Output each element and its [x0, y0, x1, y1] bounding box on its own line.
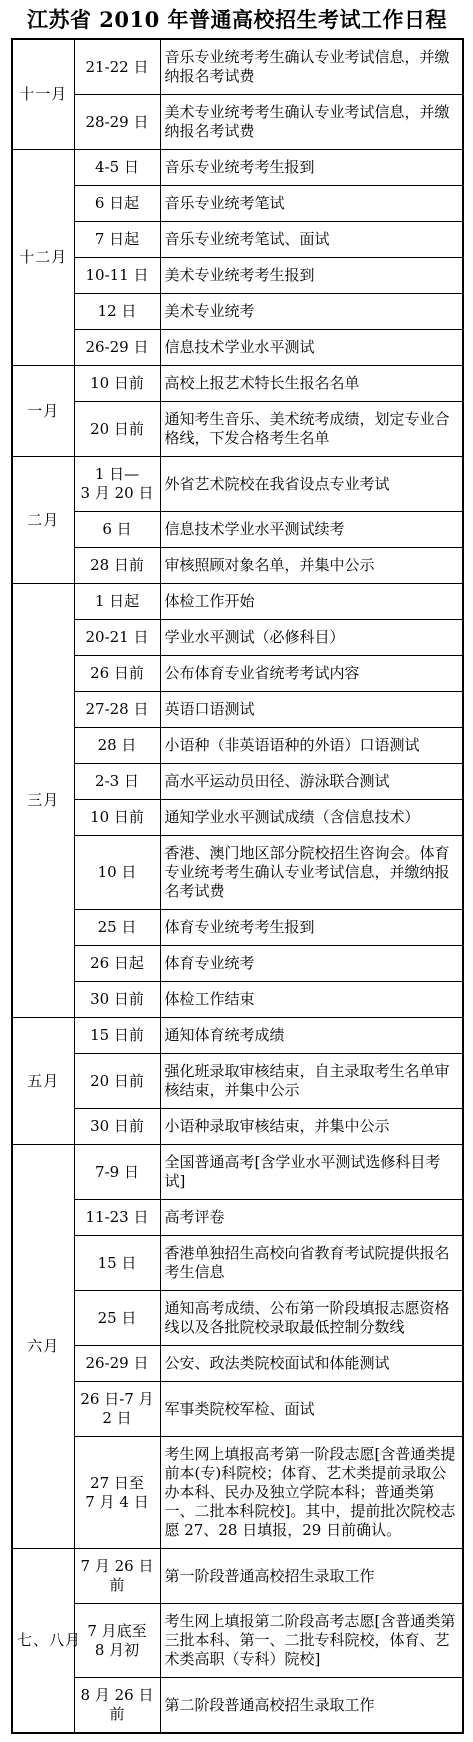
table-row: 七、八月7 月 26 日前第一阶段普通高校招生录取工作 [12, 1549, 463, 1604]
date-cell: 6 日起 [74, 186, 160, 222]
table-row: 六月7-9 日全国普通高考[含学业水平测试选修科目考试] [12, 1145, 463, 1200]
date-cell: 10 日 [74, 836, 160, 910]
date-cell: 15 日 [74, 1236, 160, 1291]
table-row: 26 日-7 月 2 日军事类院校军检、面试 [12, 1382, 463, 1437]
event-cell: 信息技术学业水平测试续考 [160, 512, 463, 548]
date-cell: 26 日起 [74, 946, 160, 982]
date-cell: 12 日 [74, 294, 160, 330]
month-cell: 三月 [12, 584, 74, 1018]
table-row: 27-28 日英语口语测试 [12, 692, 463, 728]
event-cell: 音乐专业统考笔试 [160, 186, 463, 222]
event-cell: 音乐专业统考考生报到 [160, 150, 463, 186]
event-cell: 通知体育统考成绩 [160, 1018, 463, 1054]
date-cell: 30 日前 [74, 1109, 160, 1145]
event-cell: 全国普通高考[含学业水平测试选修科目考试] [160, 1145, 463, 1200]
table-row: 一月10 日前高校上报艺术特长生报名名单 [12, 366, 463, 402]
event-cell: 高校上报艺术特长生报名名单 [160, 366, 463, 402]
date-cell: 26-29 日 [74, 1346, 160, 1382]
date-cell: 26-29 日 [74, 330, 160, 366]
table-row: 28-29 日美术专业统考考生确认专业考试信息，并缴纳报名考试费 [12, 95, 463, 150]
table-row: 20-21 日学业水平测试（必修科目） [12, 620, 463, 656]
table-row: 26-29 日信息技术学业水平测试 [12, 330, 463, 366]
table-row: 27 日至 7 月 4 日考生网上填报高考第一阶段志愿[含普通类提前本(专)科院… [12, 1437, 463, 1549]
event-cell: 美术专业统考 [160, 294, 463, 330]
month-cell: 六月 [12, 1145, 74, 1549]
schedule-table: 十一月21-22 日音乐专业统考考生确认专业考试信息，并缴纳报名考试费28-29… [11, 38, 464, 1734]
table-row: 2-3 日高水平运动员田径、游泳联合测试 [12, 764, 463, 800]
event-cell: 香港、澳门地区部分院校招生咨询会。体育专业统考考生确认专业考试信息，并缴纳报名考… [160, 836, 463, 910]
schedule-table-body: 十一月21-22 日音乐专业统考考生确认专业考试信息，并缴纳报名考试费28-29… [12, 39, 463, 1733]
page-title: 江苏省 2010 年普通高校招生考试工作日程 [11, 4, 463, 34]
table-row: 12 日美术专业统考 [12, 294, 463, 330]
event-cell: 通知学业水平测试成绩（含信息技术） [160, 800, 463, 836]
table-row: 28 日小语种（非英语语种的外语）口语测试 [12, 728, 463, 764]
table-row: 6 日起音乐专业统考笔试 [12, 186, 463, 222]
event-cell: 军事类院校军检、面试 [160, 1382, 463, 1437]
table-row: 30 日前小语种录取审核结束，并集中公示 [12, 1109, 463, 1145]
event-cell: 第一阶段普通高校招生录取工作 [160, 1549, 463, 1604]
event-cell: 高水平运动员田径、游泳联合测试 [160, 764, 463, 800]
table-row: 二月1 日— 3 月 20 日外省艺术院校在我省设点专业考试 [12, 457, 463, 512]
month-cell: 五月 [12, 1018, 74, 1145]
date-cell: 11-23 日 [74, 1200, 160, 1236]
event-cell: 小语种（非英语语种的外语）口语测试 [160, 728, 463, 764]
date-cell: 7 月 26 日前 [74, 1549, 160, 1604]
table-row: 五月15 日前通知体育统考成绩 [12, 1018, 463, 1054]
event-cell: 美术专业统考考生报到 [160, 258, 463, 294]
event-cell: 考生网上填报高考第一阶段志愿[含普通类提前本(专)科院校；体育、艺术类提前录取公… [160, 1437, 463, 1549]
date-cell: 6 日 [74, 512, 160, 548]
date-cell: 21-22 日 [74, 39, 160, 95]
event-cell: 通知考生音乐、美术统考成绩，划定专业合格线，下发合格考生名单 [160, 402, 463, 457]
table-row: 20 日前通知考生音乐、美术统考成绩，划定专业合格线，下发合格考生名单 [12, 402, 463, 457]
date-cell: 20 日前 [74, 402, 160, 457]
event-cell: 小语种录取审核结束，并集中公示 [160, 1109, 463, 1145]
table-row: 26 日前公布体育专业省统考考试内容 [12, 656, 463, 692]
date-cell: 28 日前 [74, 548, 160, 584]
event-cell: 外省艺术院校在我省设点专业考试 [160, 457, 463, 512]
event-cell: 信息技术学业水平测试 [160, 330, 463, 366]
table-row: 三月1 日起体检工作开始 [12, 584, 463, 620]
date-cell: 1 日起 [74, 584, 160, 620]
table-row: 25 日体育专业统考考生报到 [12, 910, 463, 946]
table-row: 10-11 日美术专业统考考生报到 [12, 258, 463, 294]
date-cell: 10 日前 [74, 366, 160, 402]
date-cell: 20-21 日 [74, 620, 160, 656]
document-page: 江苏省 2010 年普通高校招生考试工作日程 十一月21-22 日音乐专业统考考… [0, 0, 473, 1742]
date-cell: 27-28 日 [74, 692, 160, 728]
month-cell: 十二月 [12, 150, 74, 366]
date-cell: 28 日 [74, 728, 160, 764]
table-row: 10 日前通知学业水平测试成绩（含信息技术） [12, 800, 463, 836]
event-cell: 香港单独招生高校向省教育考试院提供报名考生信息 [160, 1236, 463, 1291]
event-cell: 考生网上填报第二阶段高考志愿[含普通类第三批本科、第一、二批专科院校，体育、艺术… [160, 1604, 463, 1678]
table-row: 20 日前强化班录取审核结束，自主录取考生名单审核结束，并集中公示 [12, 1054, 463, 1109]
date-cell: 7 月底至 8 月初 [74, 1604, 160, 1678]
date-cell: 2-3 日 [74, 764, 160, 800]
date-cell: 15 日前 [74, 1018, 160, 1054]
event-cell: 音乐专业统考考生确认专业考试信息，并缴纳报名考试费 [160, 39, 463, 95]
date-cell: 7 日起 [74, 222, 160, 258]
event-cell: 高考评卷 [160, 1200, 463, 1236]
event-cell: 公安、政法类院校面试和体能测试 [160, 1346, 463, 1382]
table-row: 10 日香港、澳门地区部分院校招生咨询会。体育专业统考考生确认专业考试信息，并缴… [12, 836, 463, 910]
table-row: 7 日起音乐专业统考笔试、面试 [12, 222, 463, 258]
table-row: 25 日通知高考成绩、公布第一阶段填报志愿资格线以及各批院校录取最低控制分数线 [12, 1291, 463, 1346]
date-cell: 27 日至 7 月 4 日 [74, 1437, 160, 1549]
table-row: 28 日前审核照顾对象名单，并集中公示 [12, 548, 463, 584]
date-cell: 28-29 日 [74, 95, 160, 150]
event-cell: 美术专业统考考生确认专业考试信息，并缴纳报名考试费 [160, 95, 463, 150]
event-cell: 音乐专业统考笔试、面试 [160, 222, 463, 258]
date-cell: 10-11 日 [74, 258, 160, 294]
event-cell: 体育专业统考 [160, 946, 463, 982]
date-cell: 7-9 日 [74, 1145, 160, 1200]
month-cell: 二月 [12, 457, 74, 584]
event-cell: 体检工作结束 [160, 982, 463, 1018]
date-cell: 10 日前 [74, 800, 160, 836]
date-cell: 25 日 [74, 1291, 160, 1346]
date-cell: 20 日前 [74, 1054, 160, 1109]
date-cell: 25 日 [74, 910, 160, 946]
event-cell: 强化班录取审核结束，自主录取考生名单审核结束，并集中公示 [160, 1054, 463, 1109]
table-row: 30 日前体检工作结束 [12, 982, 463, 1018]
table-row: 6 日信息技术学业水平测试续考 [12, 512, 463, 548]
table-row: 十一月21-22 日音乐专业统考考生确认专业考试信息，并缴纳报名考试费 [12, 39, 463, 95]
date-cell: 30 日前 [74, 982, 160, 1018]
date-cell: 26 日前 [74, 656, 160, 692]
table-row: 十二月4-5 日音乐专业统考考生报到 [12, 150, 463, 186]
event-cell: 体检工作开始 [160, 584, 463, 620]
event-cell: 体育专业统考考生报到 [160, 910, 463, 946]
month-cell: 七、八月 [12, 1549, 74, 1734]
table-row: 26 日起体育专业统考 [12, 946, 463, 982]
month-cell: 十一月 [12, 39, 74, 150]
month-cell: 一月 [12, 366, 74, 457]
event-cell: 学业水平测试（必修科目） [160, 620, 463, 656]
table-row: 15 日香港单独招生高校向省教育考试院提供报名考生信息 [12, 1236, 463, 1291]
event-cell: 公布体育专业省统考考试内容 [160, 656, 463, 692]
event-cell: 英语口语测试 [160, 692, 463, 728]
table-row: 11-23 日高考评卷 [12, 1200, 463, 1236]
date-cell: 1 日— 3 月 20 日 [74, 457, 160, 512]
table-row: 26-29 日公安、政法类院校面试和体能测试 [12, 1346, 463, 1382]
date-cell: 4-5 日 [74, 150, 160, 186]
date-cell: 26 日-7 月 2 日 [74, 1382, 160, 1437]
event-cell: 审核照顾对象名单，并集中公示 [160, 548, 463, 584]
event-cell: 通知高考成绩、公布第一阶段填报志愿资格线以及各批院校录取最低控制分数线 [160, 1291, 463, 1346]
